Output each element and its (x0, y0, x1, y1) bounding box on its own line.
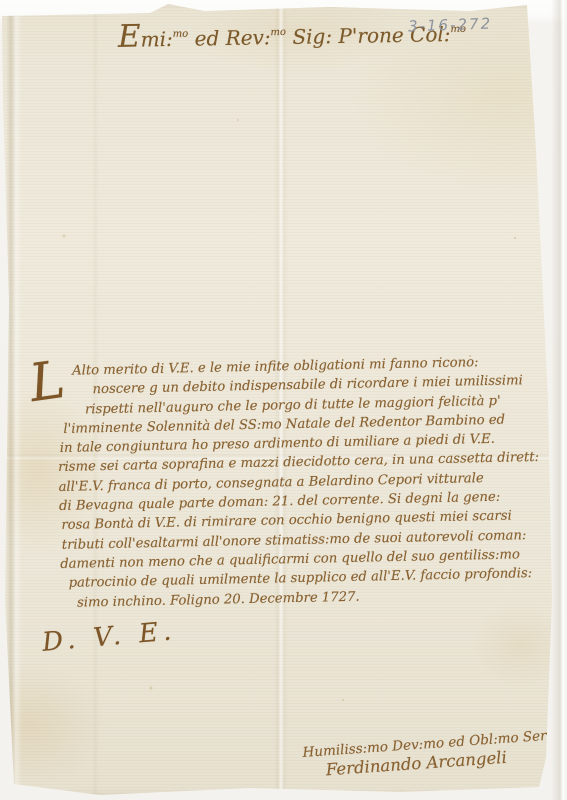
salutation-line: Emi:mo ed Rev:mo Sig: P'rone Col:mo (118, 21, 448, 52)
letter-body: Alto merito di V.E. e le mie infite obli… (56, 352, 553, 613)
salutation-superscript: mo (270, 27, 286, 38)
salutation-superscript: mo (173, 29, 189, 40)
salutation-part: mi: (140, 27, 173, 52)
salutation-initial: E (118, 18, 141, 54)
valediction: D. V. E. (41, 616, 178, 658)
salutation-part: ed Rev: (188, 25, 271, 50)
backing-sheet-edge (551, 0, 567, 800)
signature-block: Humiliss:mo Dev:mo ed Obl:mo Servitore F… (302, 725, 567, 781)
scanned-letter: Emi:mo ed Rev:mo Sig: P'rone Col:mo 3-16… (0, 0, 567, 800)
letter-page: Emi:mo ed Rev:mo Sig: P'rone Col:mo 3-16… (0, 0, 567, 800)
archival-number: 3-16-272 (408, 15, 493, 36)
